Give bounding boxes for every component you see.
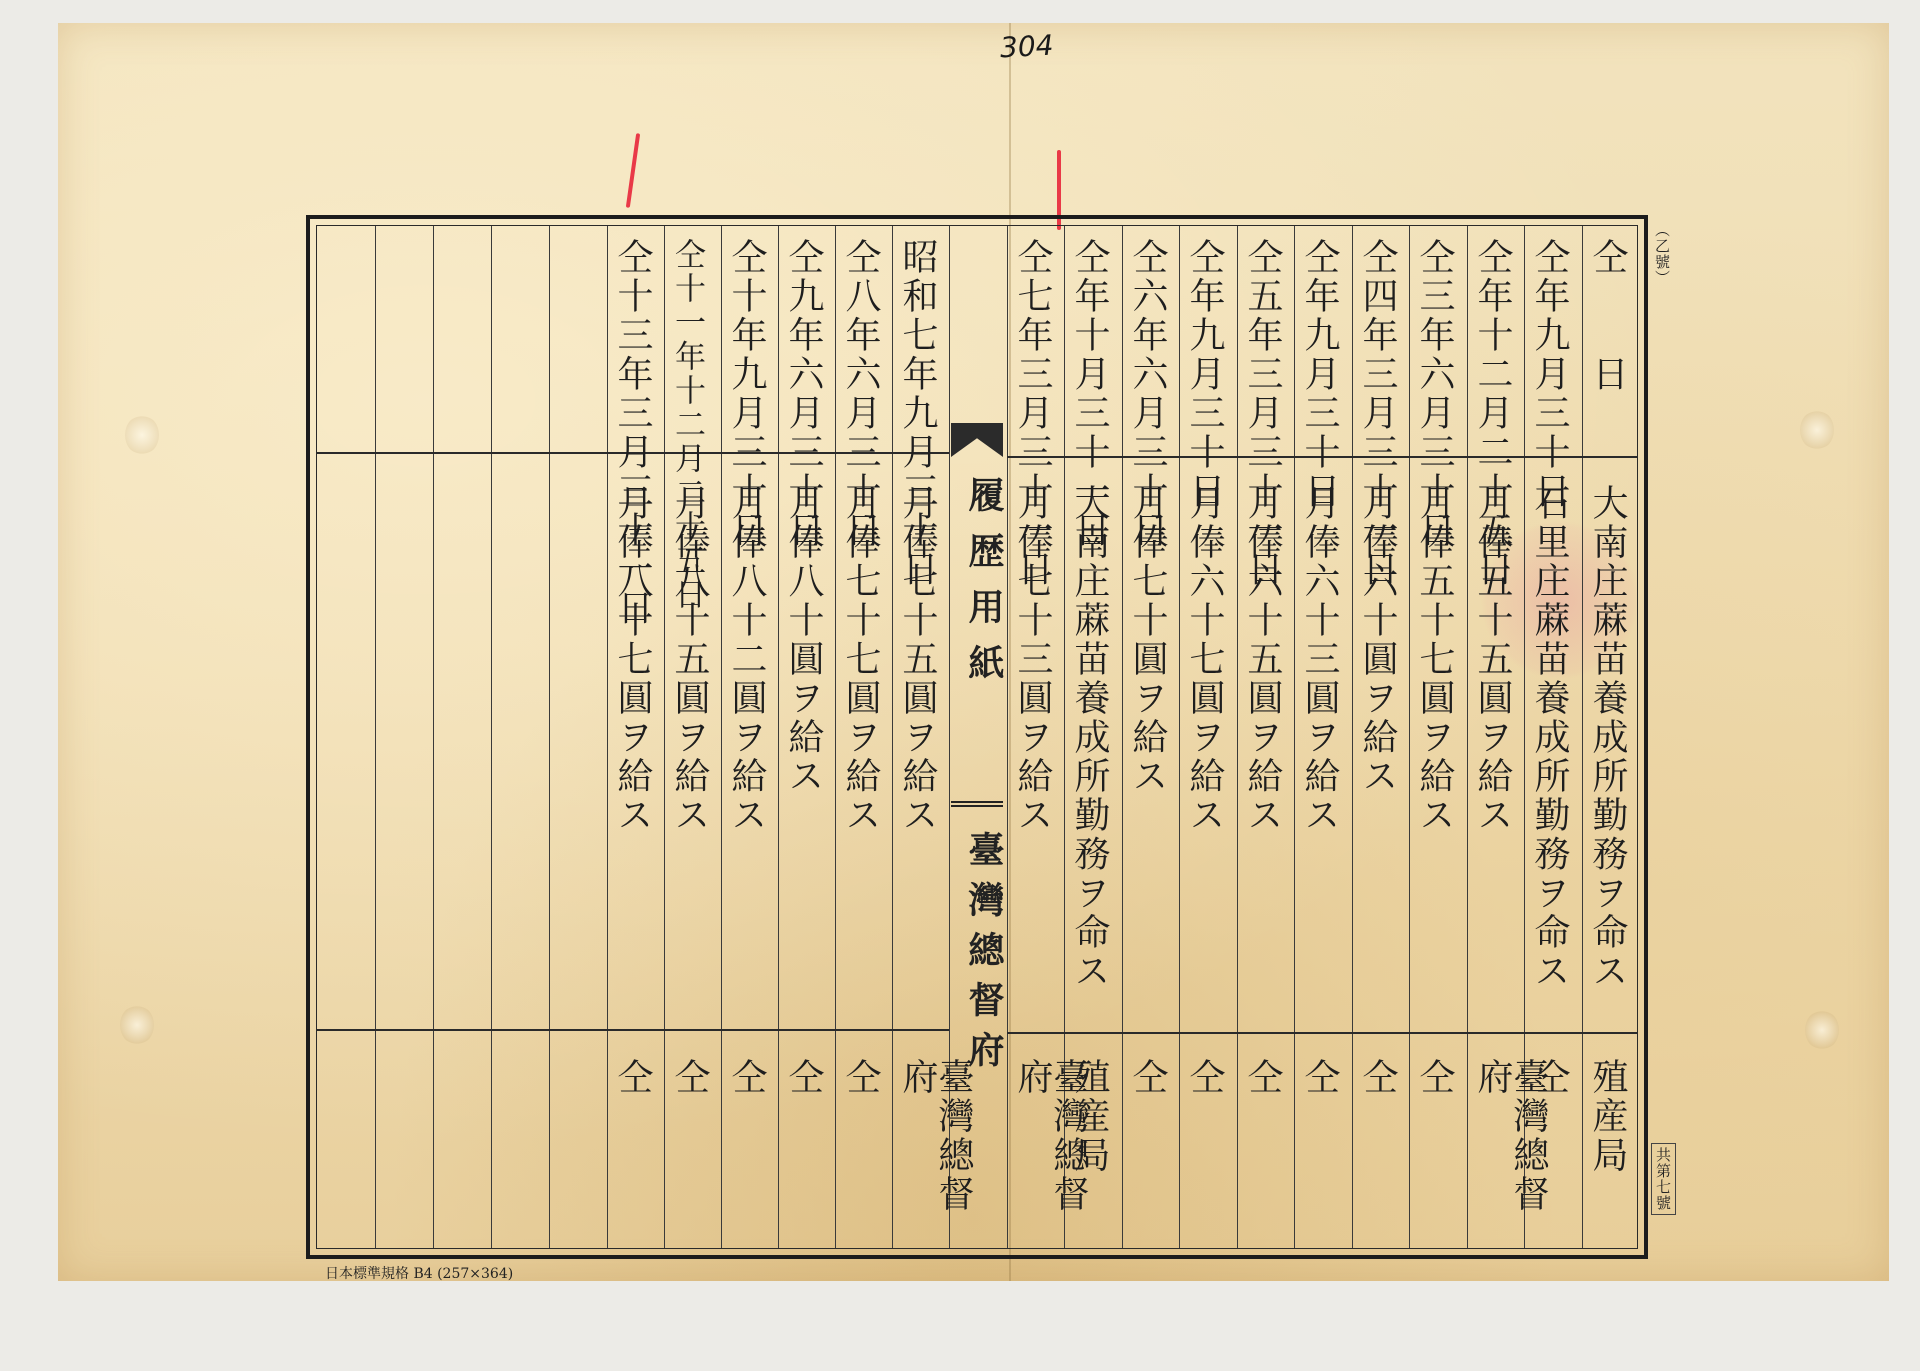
entry-event: 月俸七十圓ヲ給ス	[1129, 484, 1165, 796]
entry-authority: 仝	[1301, 1058, 1337, 1097]
entry-event: 月俸八十二圓ヲ給ス	[728, 484, 764, 835]
entry-authority: 仝	[671, 1058, 707, 1097]
entry-event: 月俸六十五圓ヲ給ス	[1244, 484, 1280, 835]
column-divider	[1294, 226, 1295, 1248]
empty-column	[549, 226, 550, 1248]
form-issuer: 臺灣總督府	[959, 831, 1010, 1081]
entry-authority: 仝	[1244, 1058, 1280, 1097]
row-divider-authority	[317, 1029, 949, 1031]
column-divider	[1467, 226, 1468, 1248]
entry-date: 仝年九月三十日	[1301, 238, 1337, 511]
form-number-label: 共第七號	[1651, 1143, 1676, 1215]
entry-authority: 仝	[1359, 1058, 1395, 1097]
column-divider	[835, 226, 836, 1248]
form-frame: 履歴用紙 臺灣總督府 仝 日 大南庄蔴苗養成所勤務ヲ命ス 殖産局 仝年九月三十日…	[306, 215, 1648, 1259]
entry-authority: 仝	[614, 1058, 650, 1097]
column-divider	[892, 226, 893, 1248]
paper-spec-label: 日本標準規格 B4 (257×364)	[325, 1263, 513, 1283]
entry-event: 月俸八十圓ヲ給ス	[785, 484, 821, 796]
empty-column	[607, 226, 608, 1248]
entry-event: 大南庄蔴苗養成所勤務ヲ命ス	[1071, 484, 1107, 991]
entry-event: 月俸七十七圓ヲ給ス	[842, 484, 878, 835]
entry-authority: 仝	[728, 1058, 764, 1097]
entry-authority: 仝	[842, 1058, 878, 1097]
entry-authority: 仝	[1129, 1058, 1165, 1097]
entry-event: 月俸七十三圓ヲ給ス	[1014, 484, 1050, 835]
entry-authority: 仝	[1416, 1058, 1452, 1097]
column-divider	[778, 226, 779, 1248]
entry-authority: 臺灣總督府	[1014, 1058, 1086, 1248]
emboss-mark	[1800, 410, 1834, 450]
entry-authority: 殖産局	[1589, 1058, 1625, 1175]
emboss-mark	[120, 1005, 154, 1045]
entry-authority: 仝	[785, 1058, 821, 1097]
entry-event: 大南庄蔴苗養成所勤務ヲ命ス	[1589, 484, 1625, 991]
entry-event: 月俸七十五圓ヲ給ス	[899, 484, 935, 835]
entry-date: 仝 日	[1589, 238, 1625, 394]
entry-authority: 仝	[1186, 1058, 1222, 1097]
column-divider	[1007, 226, 1008, 1248]
column-divider	[1409, 226, 1410, 1248]
column-divider	[1352, 226, 1353, 1248]
entry-event: 月俸八十五圓ヲ給ス	[671, 484, 707, 835]
entry-event: 月俸五十七圓ヲ給ス	[1416, 484, 1452, 835]
entry-event: 月俸五十五圓ヲ給ス	[1474, 484, 1510, 835]
emboss-mark	[125, 415, 159, 455]
emboss-mark	[1805, 1010, 1839, 1050]
entry-event: 月俸六十七圓ヲ給ス	[1186, 484, 1222, 835]
entry-event: 月俸六十三圓ヲ給ス	[1301, 484, 1337, 835]
page-number: 304	[999, 29, 1054, 65]
column-divider	[721, 226, 722, 1248]
entry-event: 月俸八十七圓ヲ給ス	[614, 484, 650, 835]
entry-event: 月俸六十圓ヲ給ス	[1359, 484, 1395, 796]
column-divider	[1122, 226, 1123, 1248]
ribbon-ornament	[951, 423, 1003, 457]
row-divider-authority	[1007, 1032, 1637, 1034]
entry-date: 仝年九月三十日	[1186, 238, 1222, 511]
column-divider	[1582, 226, 1583, 1248]
entry-event: 石里庄蔴苗養成所勤務ヲ命ス	[1531, 484, 1567, 991]
column-divider	[1237, 226, 1238, 1248]
entry-authority: 臺灣總督府	[1474, 1058, 1546, 1248]
form-grid: 履歴用紙 臺灣總督府 仝 日 大南庄蔴苗養成所勤務ヲ命ス 殖産局 仝年九月三十日…	[316, 225, 1638, 1249]
form-title: 履歴用紙	[959, 476, 1010, 700]
empty-column	[491, 226, 492, 1248]
entry-authority: 臺灣總督府	[899, 1058, 971, 1248]
column-divider	[664, 226, 665, 1248]
column-divider	[1179, 226, 1180, 1248]
form-type-label: （乙號）	[1652, 222, 1673, 286]
empty-column	[375, 226, 376, 1248]
entry-date: 仝年九月三十日	[1531, 238, 1567, 511]
title-rule	[951, 801, 1003, 807]
empty-column	[433, 226, 434, 1248]
